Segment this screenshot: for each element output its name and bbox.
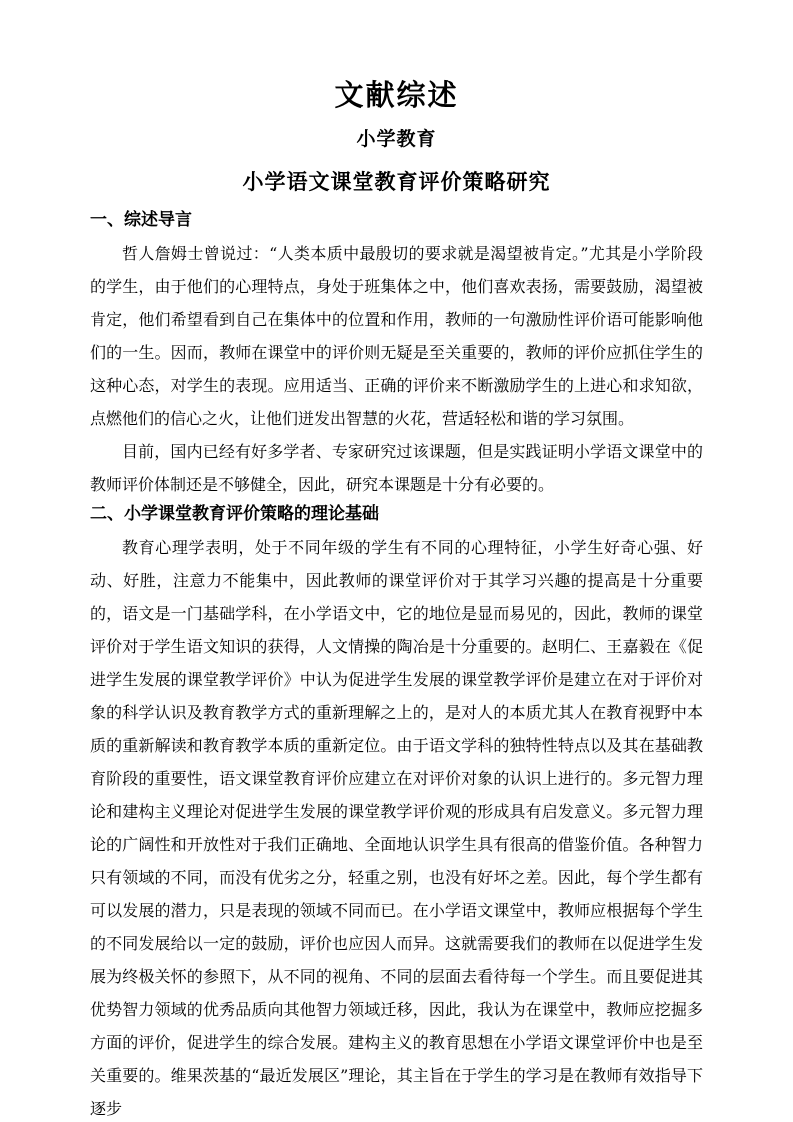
- document-topic-title: 小学语文课堂教育评价策略研究: [90, 167, 703, 196]
- section-2-heading: 二、小学课堂教育评价策略的理论基础: [90, 501, 703, 527]
- section-1-paragraph-1: 哲人詹姆士曾说过：“人类本质中最殷切的要求就是渴望被肯定。”尤其是小学阶段的学生…: [90, 237, 703, 435]
- document-subtitle: 小学教育: [90, 126, 703, 152]
- document-page: 文献综述 小学教育 小学语文课堂教育评价策略研究 一、综述导言 哲人詹姆士曾说过…: [0, 0, 793, 1122]
- section-2-paragraph-1: 教育心理学表明，处于不同年级的学生有不同的心理特征，小学生好奇心强、好动、好胜，…: [90, 531, 703, 1122]
- section-1-heading: 一、综述导言: [90, 207, 703, 233]
- document-title: 文献综述: [90, 78, 703, 112]
- section-1-paragraph-2: 目前，国内已经有好多学者、专家研究过该课题，但是实践证明小学语文课堂中的教师评价…: [90, 435, 703, 501]
